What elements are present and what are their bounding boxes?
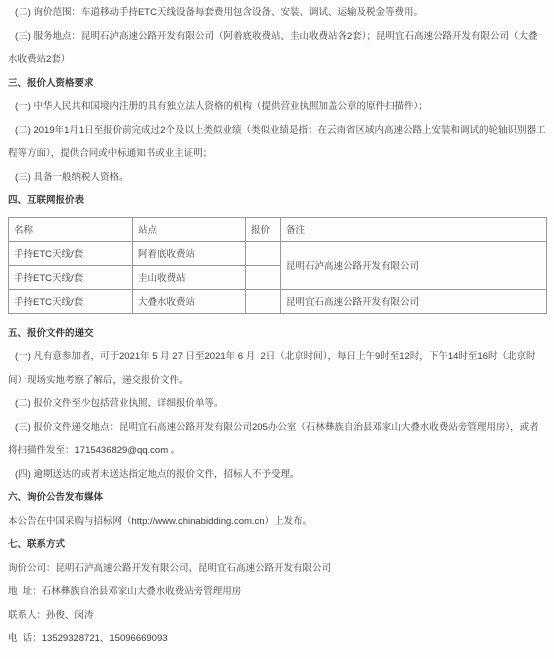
col-header-price: 报价 [246, 217, 281, 241]
cell-item-name-2: 手持ETC天线/套 [9, 265, 133, 289]
cell-price-3 [246, 289, 281, 313]
table-row: 手持ETC天线/套 大叠水收费站 昆明宜石高速公路开发有限公司 [9, 289, 547, 313]
section-qualification-title: 三、报价人资格要求 [8, 72, 546, 96]
cell-item-name-1: 手持ETC天线/套 [9, 241, 133, 265]
contact-phone-line: 电 话：13529328721、15096669093 [8, 627, 546, 651]
service-location-item: (三) 服务地点：昆明石泸高速公路开发有限公司（阿着底收费站、圭山收费站各2套）… [8, 25, 546, 72]
col-header-remark: 备注 [281, 217, 547, 241]
cell-remark-3: 昆明宜石高速公路开发有限公司 [281, 289, 547, 313]
media-body: 本公告在中国采购与招标网（http://www.chinabidding.com… [8, 510, 546, 534]
internet-quote-table: 名称 站点 报价 备注 手持ETC天线/套 阿着底收费站 昆明石泸高速公路开发有… [8, 217, 547, 314]
contact-person-line: 联系人：孙俊、闵涛 [8, 604, 546, 628]
section-quote-table-title: 四、互联网报价表 [8, 189, 546, 213]
cell-remark-merged-1-2: 昆明石泸高速公路开发有限公司 [281, 241, 547, 289]
cell-station-3: 大叠水收费站 [133, 289, 246, 313]
qualification-item-3: (三) 具备一般纳税人资格。 [8, 166, 546, 190]
qualification-item-1: (一) 中华人民共和国境内注册的具有独立法人资格的机构（提供营业执照加盖公章的原… [8, 95, 546, 119]
cell-price-2 [246, 265, 281, 289]
submission-item-1: (一) 凡有意参加者，可于2021年 5 月 27 日至2021年 6 月 2日… [8, 345, 546, 392]
submission-item-4: (四) 逾期送达的或者未送达指定地点的报价文件，招标人不予受理。 [8, 463, 546, 487]
contact-company-line: 询价公司：昆明石泸高速公路开发有限公司、昆明宜石高速公路开发有限公司 [8, 557, 546, 581]
qualification-item-2: (二) 2019年1月1日至报价前完成过2个及以上类似业绩（类似业绩是指：在云南… [8, 119, 546, 166]
contact-address-line: 地 址：石林彝族自治县邓家山大叠水收费站旁管理用房 [8, 580, 546, 604]
submission-item-3: (三) 报价文件递交地点：昆明宜石高速公路开发有限公司205办公室（石林彝族自治… [8, 416, 546, 463]
table-row: 手持ETC天线/套 阿着底收费站 昆明石泸高速公路开发有限公司 [9, 241, 547, 265]
cell-item-name-3: 手持ETC天线/套 [9, 289, 133, 313]
section-media-title: 六、询价公告发布媒体 [8, 486, 546, 510]
cell-station-2: 圭山收费站 [133, 265, 246, 289]
inquiry-notice-document: (二) 询价范围：车道移动手持ETC天线设备每套费用包含设备、安装、调试、运输及… [0, 0, 554, 651]
col-header-station: 站点 [133, 217, 246, 241]
cell-station-1: 阿着底收费站 [133, 241, 246, 265]
section-submission-title: 五、报价文件的递交 [8, 322, 546, 346]
cell-price-1 [246, 241, 281, 265]
quote-table-header-row: 名称 站点 报价 备注 [9, 217, 547, 241]
submission-item-2: (二) 报价文件至少包括营业执照、详细报价单等。 [8, 392, 546, 416]
col-header-name: 名称 [9, 217, 133, 241]
inquiry-scope-item: (二) 询价范围：车道移动手持ETC天线设备每套费用包含设备、安装、调试、运输及… [8, 1, 546, 25]
section-contact-title: 七、联系方式 [8, 533, 546, 557]
